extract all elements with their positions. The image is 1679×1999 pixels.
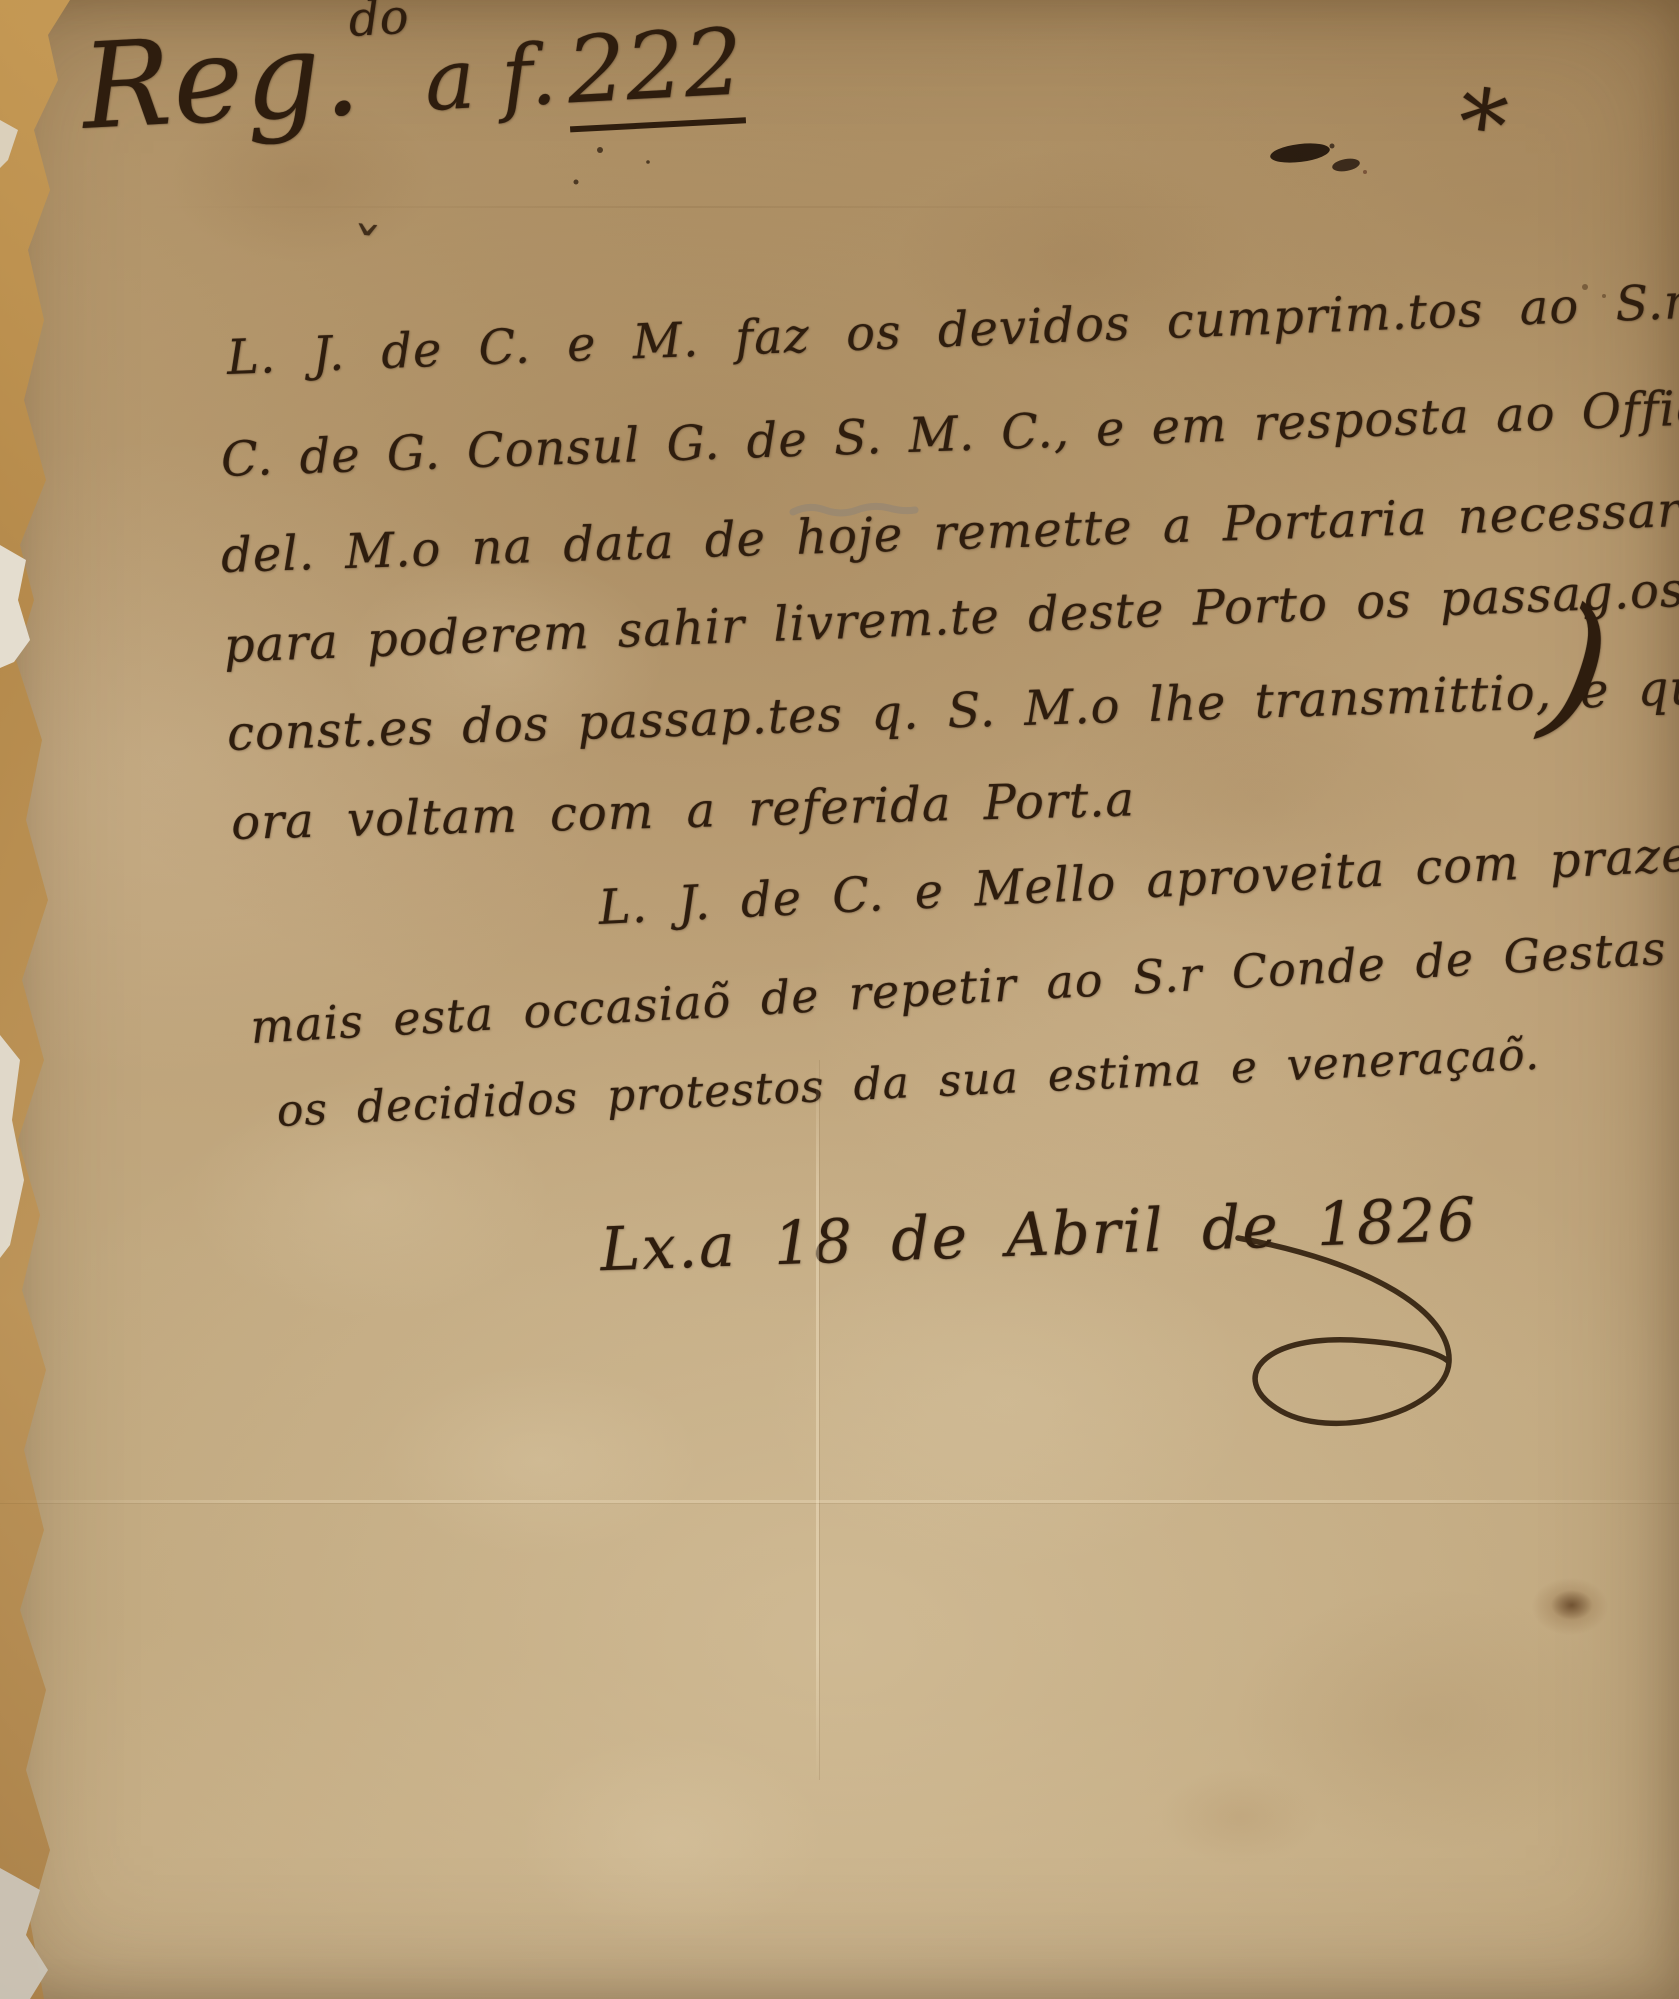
letter-line: os decididos protestos da sua estima e v… [276,1029,1541,1137]
ink-speckles [574,124,650,185]
horizontal-fold-crease [0,1500,1679,1503]
letter-line: L. J. de C. e M. faz os devidos cumprim.… [226,274,1679,386]
letter-line: del. M.o na data de hoje remette a Porta… [220,481,1679,584]
letter-line: ora voltam com a referida Port.a [231,771,1136,851]
letter-line: C. de G. Consul G. de S. M. C., e em res… [220,379,1679,488]
letter-line: L. J. de C. e Mello aproveita com prazer [597,825,1679,936]
registration-superscript: do [347,0,409,48]
ink-smudge [1269,140,1367,174]
edge-chip [0,545,30,668]
registration-number: 222 [564,8,745,132]
letter-line: para poderem sahir livrem.te deste Porto… [223,562,1679,674]
edge-chip [0,1035,24,1258]
registration-word: Reg. [79,3,366,155]
check-mark: ˇ [347,221,383,284]
torn-edge [0,0,70,1999]
letter-line: const.es dos passap.tes q. S. M.o lhe tr… [226,659,1679,762]
top-crease [140,206,1240,208]
ink-stain-spot [1522,1568,1618,1642]
pale-patch [330,1330,750,1590]
registration-note: Reg.do a f. 222 [78,0,746,156]
date-line: Lx.a 18 de Abril de 1826 [599,1185,1478,1286]
manuscript-page: Reg.do a f. 222 ∗ ˇ L. J. de C. e M. faz… [0,0,1679,1999]
edge-chip [0,1868,48,1999]
registration-folio-label: a f. [422,25,559,130]
edge-chip [0,120,18,168]
date-flourish [1238,1238,1449,1423]
vertical-fold-crease [816,1060,819,1780]
faint-stain [1130,1752,1350,1882]
asterisk-mark: ∗ [1446,54,1524,158]
